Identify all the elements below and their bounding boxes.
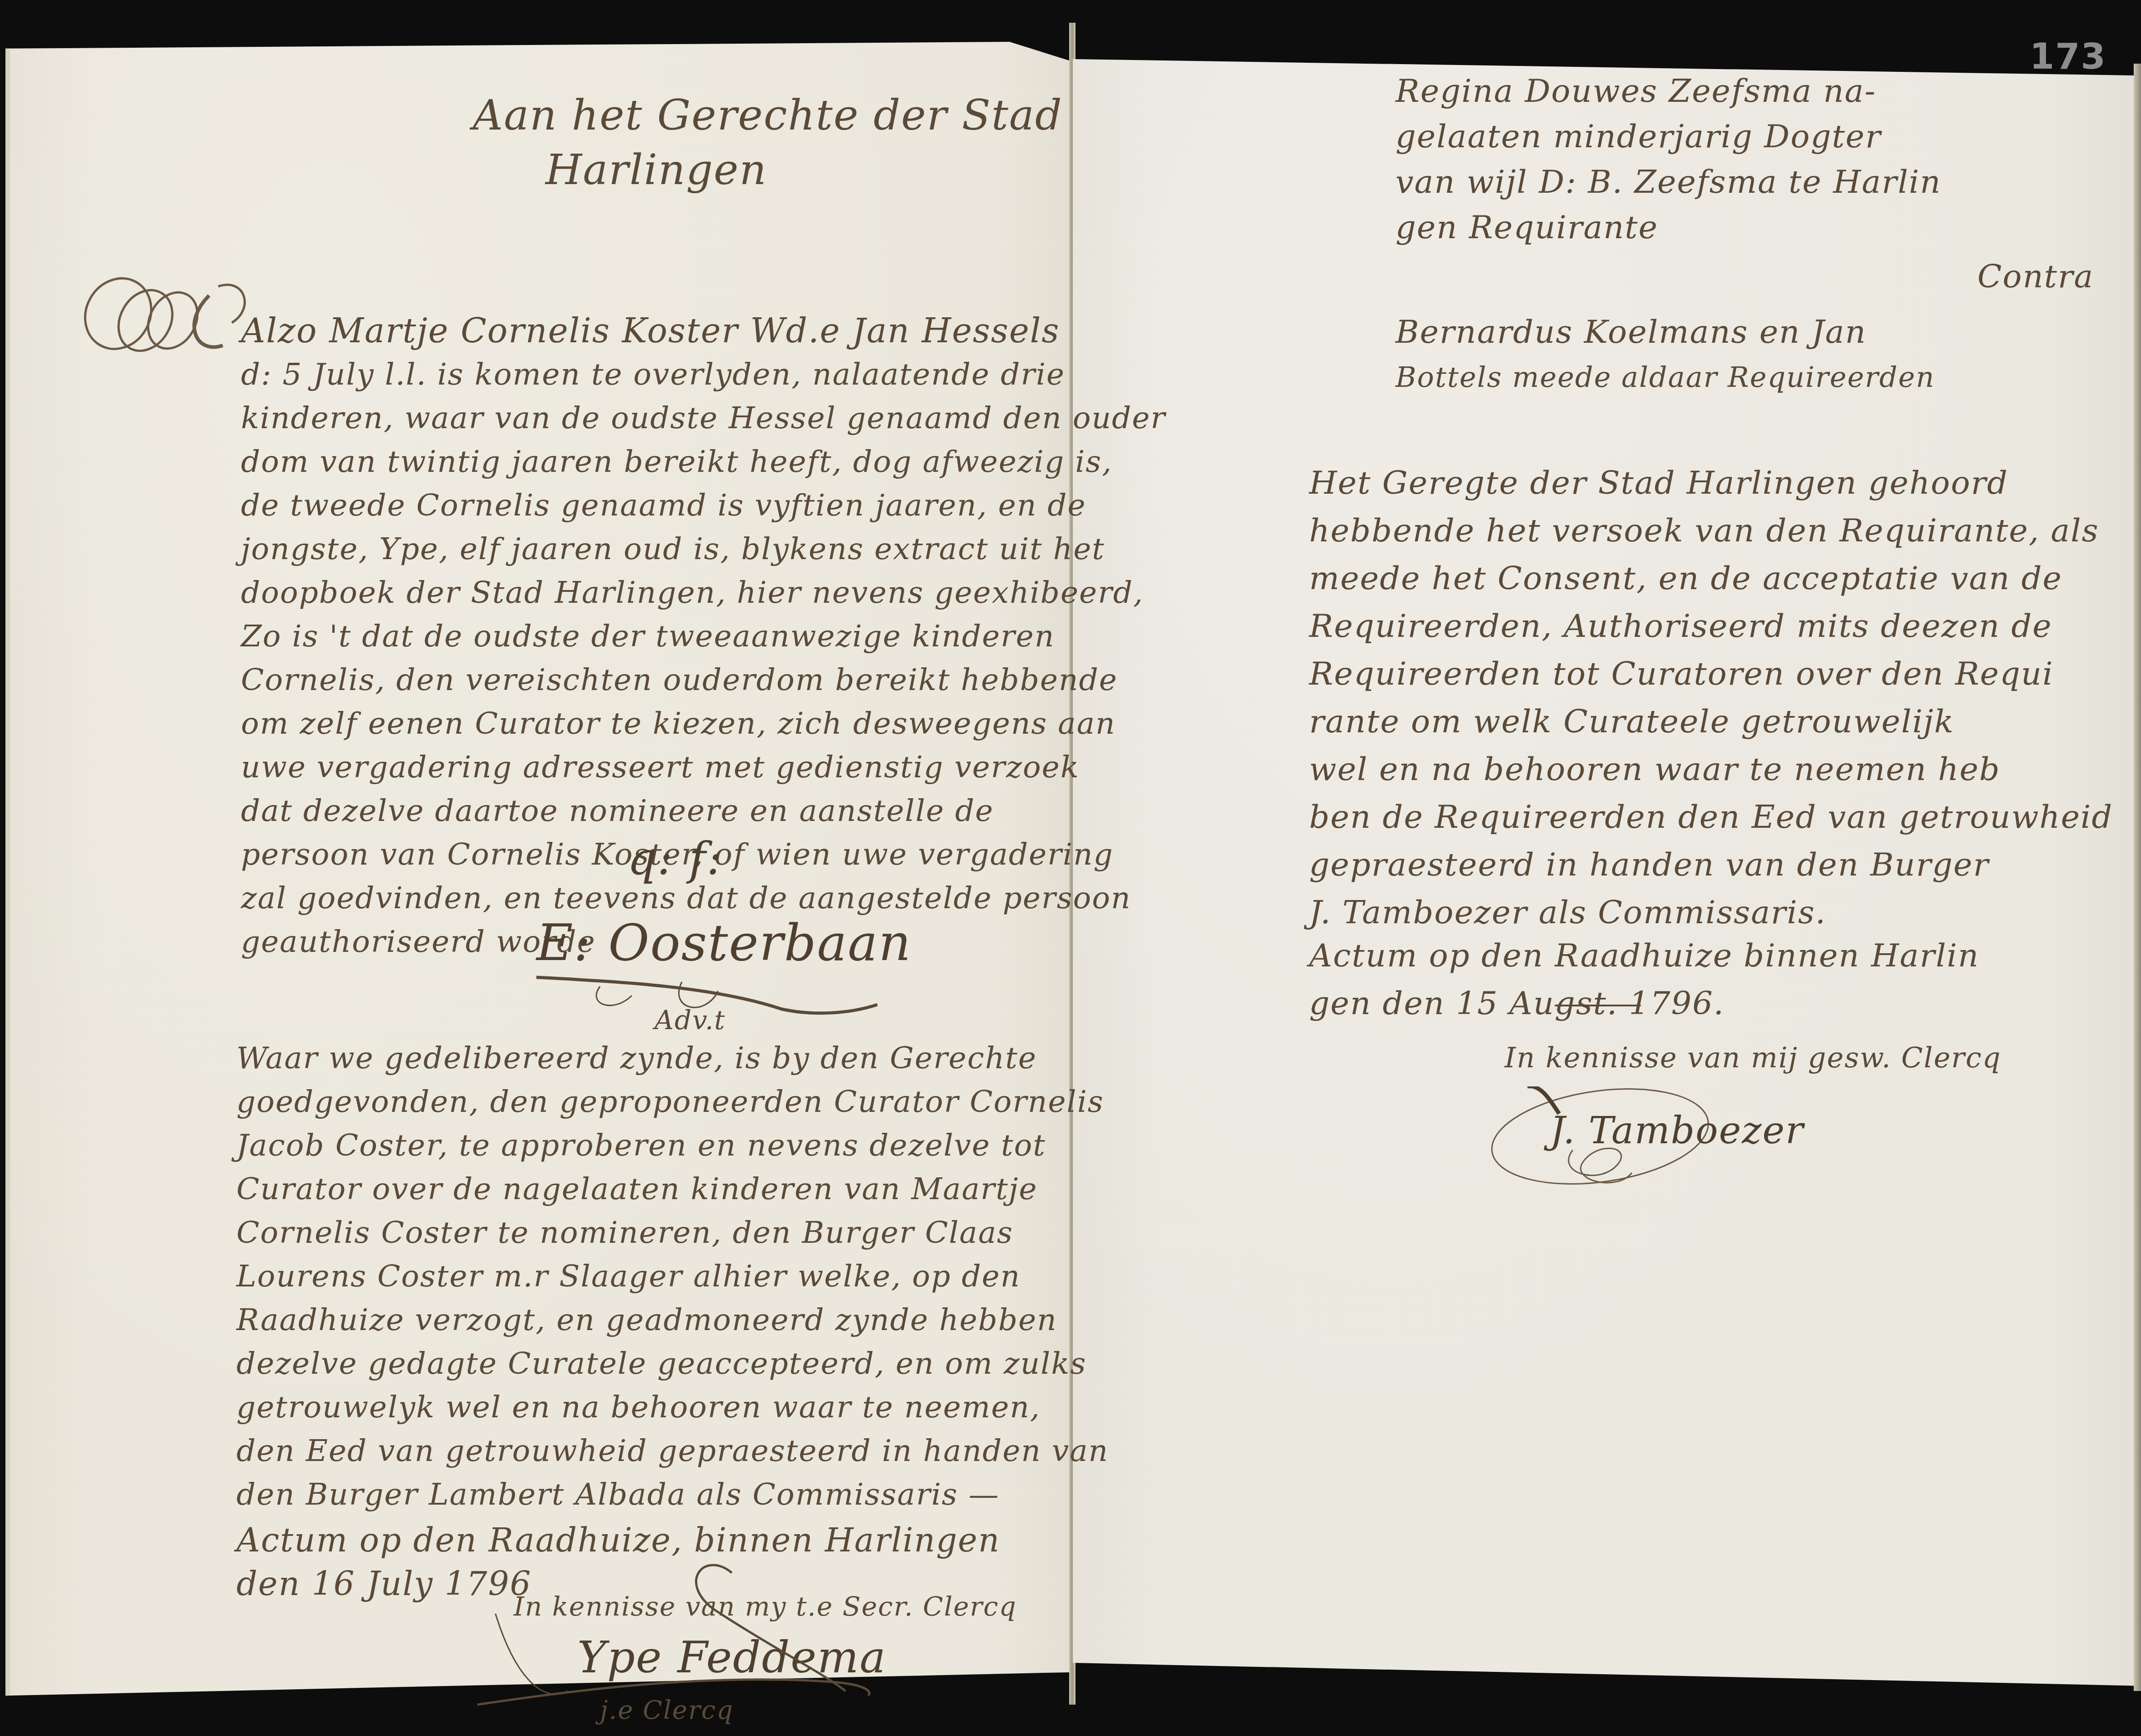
decision-line: J. Tamboezer als Commissaris. (1309, 889, 2113, 936)
right-attestation: In kennisse van mij gesw. Clercq (1505, 1041, 2001, 1074)
contra-label: Contra (1977, 255, 2094, 298)
resolution-line: den Eed van getrouwheid gepraesteerd in … (236, 1429, 1109, 1473)
parties-line: van wijl D: B. Zeefsma te Harlin (1396, 159, 1941, 205)
petition-line: dat dezelve daartoe nomineere en aanstel… (241, 789, 1166, 833)
petition-line: uwe vergadering adresseert met gediensti… (241, 745, 1166, 789)
petition-line: doopboek der Stad Harlingen, hier nevens… (241, 571, 1166, 615)
parties-line: gelaaten minderjarig Dogter (1396, 114, 1941, 159)
resolution-line: Raadhuize verzogt, en geadmoneerd zynde … (236, 1298, 1109, 1342)
decision-text: Het Geregte der Stad Harlingen gehoord h… (1309, 459, 2113, 936)
actum-line: gen den 15 Augst. 1796. (1309, 980, 1979, 1027)
decision-line: Requireerden tot Curatoren over den Requ… (1309, 650, 2113, 698)
advocate-signature: E: Oosterbaan (536, 914, 912, 972)
actum-line: Actum op den Raadhuize binnen Harlin (1309, 932, 1979, 980)
resolution-line: getrouwelyk wel en na behooren waar te n… (236, 1386, 1109, 1429)
advocate-title: Adv.t (655, 1005, 726, 1036)
respondents-line: Bottels meede aldaar Requireerden (1396, 355, 1935, 400)
petition-line: jongste, Ype, elf jaaren oud is, blykens… (241, 527, 1166, 571)
initial-flourish-icon (68, 268, 259, 359)
resolution-line: goedgevonden, den geproponeerden Curator… (236, 1080, 1109, 1124)
petition-line: dom van twintig jaaren bereikt heeft, do… (241, 440, 1166, 484)
petition-line: d: 5 July l.l. is komen te overlyden, na… (241, 353, 1166, 396)
decision-line: hebbende het versoek van den Requirante,… (1309, 507, 2113, 555)
folio-number: 173 (2030, 36, 2106, 77)
resolution-line: Lourens Coster m.r Slaager alhier welke,… (236, 1255, 1109, 1298)
petition-line: de tweede Cornelis genaamd is vyftien ja… (241, 484, 1166, 527)
petition-line: Zo is 't dat de oudste der tweeaanwezige… (241, 615, 1166, 658)
parties-line: Regina Douwes Zeefsma na- (1396, 68, 1941, 114)
left-clerk-title: j.e Clercq (600, 1696, 734, 1725)
petition-line: Alzo Martje Cornelis Koster Wd.e Jan Hes… (241, 309, 1166, 353)
respondents-text: Bernardus Koelmans en Jan Bottels meede … (1396, 309, 1935, 400)
respondents-line: Bernardus Koelmans en Jan (1396, 309, 1935, 355)
right-actum: Actum op den Raadhuize binnen Harlin gen… (1309, 932, 1979, 1027)
resolution-text: Waar we gedelibereerd zynde, is by den G… (236, 1036, 1109, 1516)
decision-line: Requireerden, Authoriseerd mits deezen d… (1309, 602, 2113, 650)
decision-line: wel en na behooren waar te neemen heb (1309, 745, 2113, 793)
resolution-line: Cornelis Coster te nomineren, den Burger… (236, 1211, 1109, 1255)
resolution-line: Curator over de nagelaaten kinderen van … (236, 1167, 1109, 1211)
parties-line: gen Requirante (1396, 205, 1941, 250)
petition-line: om zelf eenen Curator te kiezen, zich de… (241, 702, 1166, 745)
left-heading-line2: Harlingen (545, 145, 767, 194)
decision-line: ben de Requireerden den Eed van getrouwh… (1309, 793, 2113, 841)
decision-line: Het Geregte der Stad Harlingen gehoord (1309, 459, 2113, 507)
decision-line: gepraesteerd in handen van den Burger (1309, 841, 2113, 889)
resolution-line: den Burger Lambert Albada als Commissari… (236, 1473, 1109, 1516)
resolution-line: dezelve gedagte Curatele geaccepteerd, e… (236, 1342, 1109, 1386)
petition-line: Cornelis, den vereischten ouderdom berei… (241, 658, 1166, 702)
parties-text: Regina Douwes Zeefsma na- gelaaten minde… (1396, 68, 1941, 250)
clerk-flourish-icon (477, 1555, 886, 1718)
page-edge (2134, 64, 2141, 1691)
closing-formula: q: f: (627, 832, 723, 885)
decision-line: meede het Consent, en de acceptatie van … (1309, 555, 2113, 602)
date-underline (1555, 1005, 1641, 1006)
book-spread: Aan het Gerechte der Stad Harlingen Alzo… (0, 0, 2141, 1736)
decision-line: rante om welk Curateele getrouwelijk (1309, 698, 2113, 745)
left-heading-line1: Aan het Gerechte der Stad (473, 91, 1063, 140)
resolution-line: Jacob Coster, te approberen en nevens de… (236, 1124, 1109, 1167)
petition-line: kinderen, waar van de oudste Hessel gena… (241, 396, 1166, 440)
resolution-line: Waar we gedelibereerd zynde, is by den G… (236, 1036, 1109, 1080)
right-clerk-signature: J. Tamboezer (1550, 1109, 1804, 1152)
